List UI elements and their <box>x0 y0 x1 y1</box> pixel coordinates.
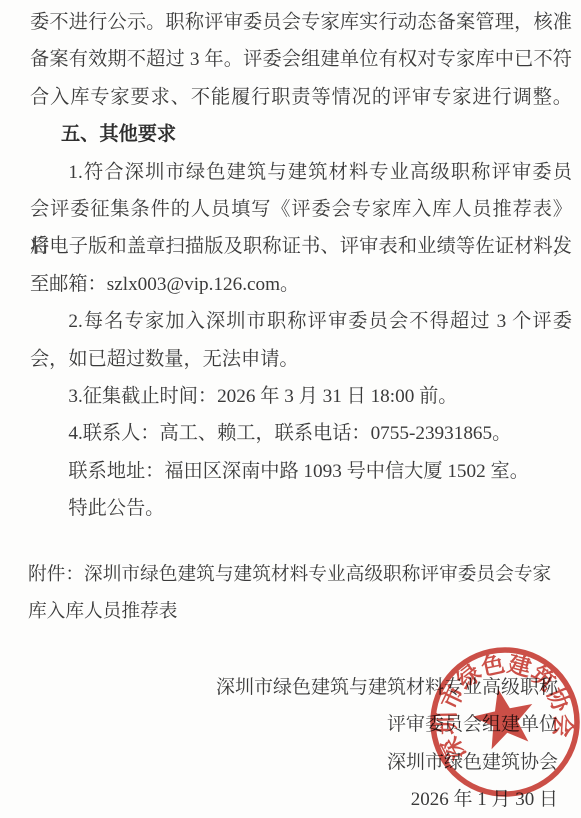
signature-line: 评审委员会组建单位 <box>216 706 558 743</box>
body-line: 将电子版和盖章扫描版及职称证书、评审表和业绩等佐证材料发 <box>30 228 572 265</box>
body-line-contact: 4.联系人：高工、赖工，联系电话：0755-23931865。 <box>30 415 572 452</box>
body-line-email: 至邮箱：szlx003@vip.126.com。 <box>30 266 572 303</box>
signature-line: 深圳市绿色建筑与建筑材料专业高级职称 <box>216 669 558 706</box>
body-line: 会评委征集条件的人员填写《评委会专家库入库人员推荐表》后， <box>30 191 572 228</box>
body-line: 会，如已超过数量，无法申请。 <box>30 341 572 378</box>
attachment-note: 附件：深圳市绿色建筑与建筑材料专业高级职称评审委员会专家 库入库人员推荐表 <box>28 556 574 631</box>
body-line-address: 联系地址：福田区深南中路 1093 号中信大厦 1502 室。 <box>30 453 572 490</box>
body-line: 2.每名专家加入深圳市职称评审委员会不得超过 3 个评委 <box>30 303 572 340</box>
signature-line: 深圳市绿色建筑协会 <box>216 744 558 781</box>
body-line: 合入库专家要求、不能履行职责等情况的评审专家进行调整。 <box>30 79 572 116</box>
body-line: 委不进行公示。职称评审委员会专家库实行动态备案管理，核准 <box>30 4 572 41</box>
attachment-line: 附件：深圳市绿色建筑与建筑材料专业高级职称评审委员会专家 <box>28 556 574 593</box>
body-line: 备案有效期不超过 3 年。评委会组建单位有权对专家库中已不符 <box>30 41 572 78</box>
attachment-line: 库入库人员推荐表 <box>28 593 574 630</box>
body-line: 1.符合深圳市绿色建筑与建筑材料专业高级职称评审委员 <box>30 154 572 191</box>
body-line-closing: 特此公告。 <box>30 490 572 527</box>
document-body: 委不进行公示。职称评审委员会专家库实行动态备案管理，核准 备案有效期不超过 3 … <box>30 4 572 527</box>
signature-date: 2026 年 1 月 30 日 <box>216 781 558 818</box>
body-line-deadline: 3.征集截止时间：2026 年 3 月 31 日 18:00 前。 <box>30 378 572 415</box>
signature-block: 深圳市绿色建筑与建筑材料专业高级职称 评审委员会组建单位 深圳市绿色建筑协会 2… <box>216 669 558 818</box>
section-heading: 五、其他要求 <box>30 116 572 153</box>
document-page: 委不进行公示。职称评审委员会专家库实行动态备案管理，核准 备案有效期不超过 3 … <box>0 0 581 818</box>
